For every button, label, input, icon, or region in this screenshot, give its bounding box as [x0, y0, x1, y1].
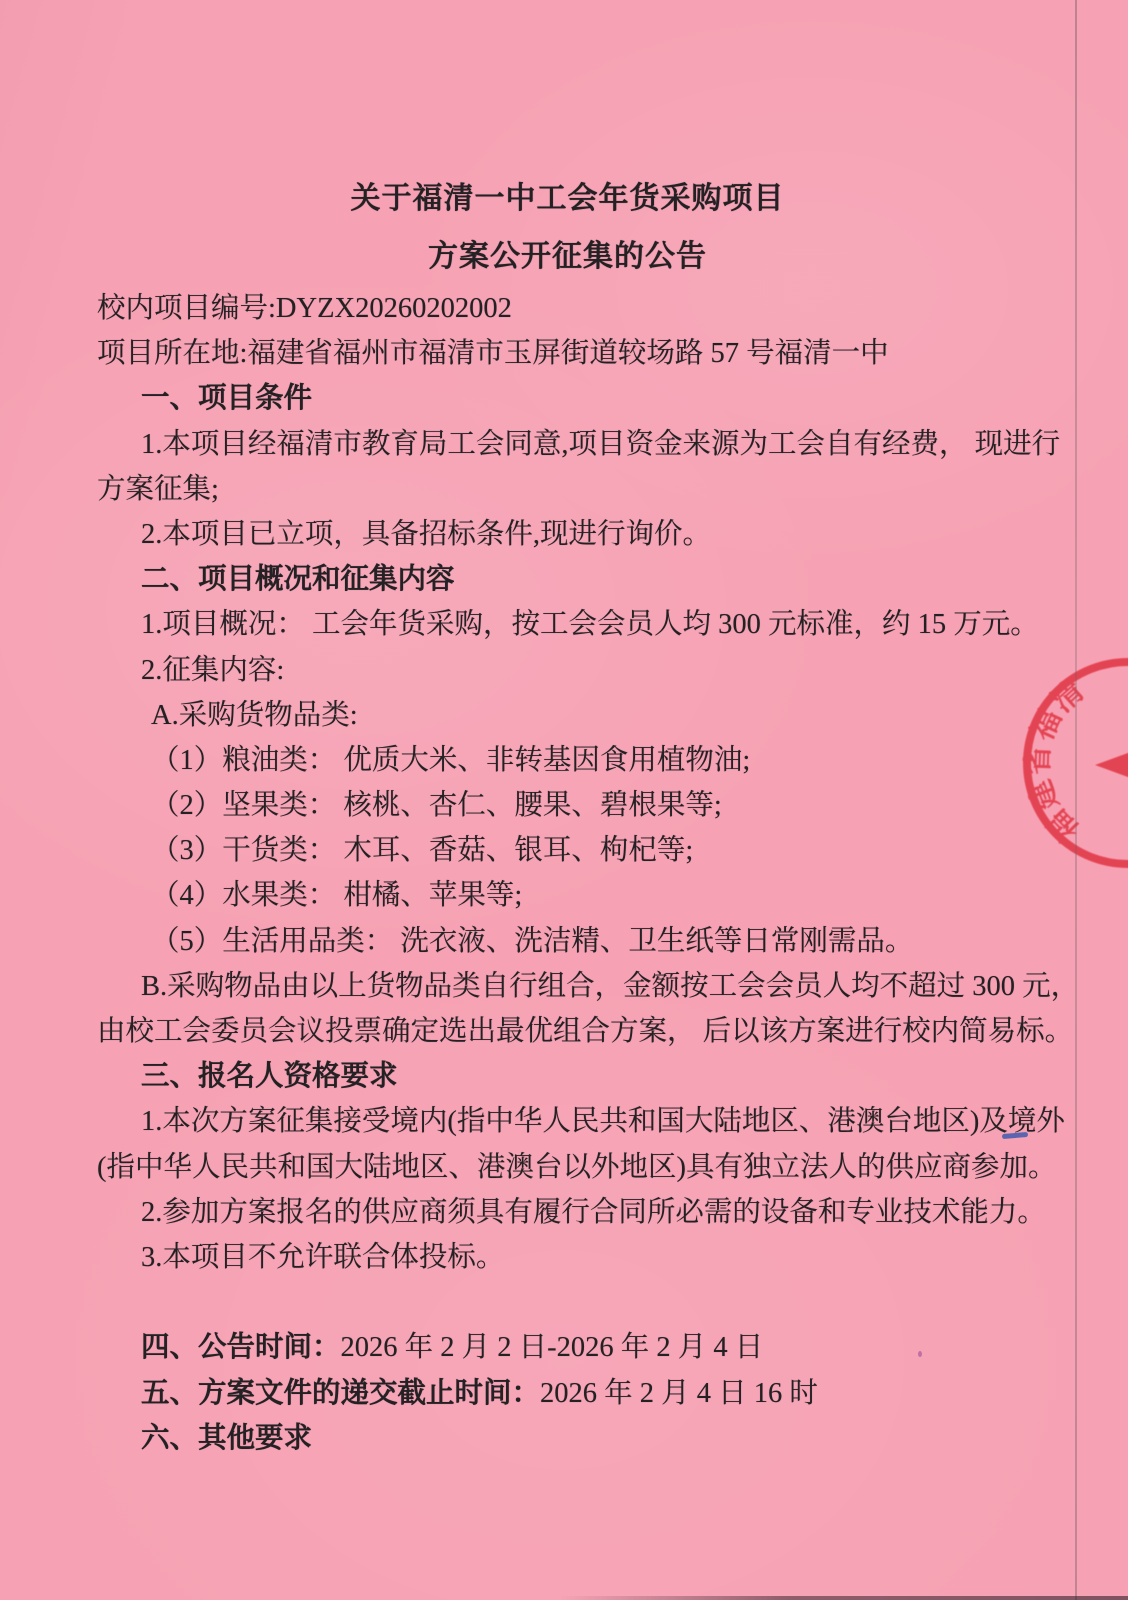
document-line: 方案征集;	[97, 467, 1038, 512]
document-text-segment: （2）坚果类： 核桃、杏仁、腰果、碧根果等;	[151, 790, 722, 821]
stamp-arc-char: 省	[1022, 744, 1056, 775]
document-line: 五、方案文件的递交截止时间：2026 年 2 月 4 日 16 时	[97, 1371, 1038, 1416]
document-text-segment: 由校工会委员会议投票确定选出最优组合方案， 后以该方案进行校内简易标。	[97, 1016, 1073, 1047]
document-text-segment: （5）生活用品类： 洗衣液、洗洁精、卫生纸等日常刚需品。	[151, 926, 913, 957]
document-text-segment: 2.征集内容:	[141, 655, 284, 686]
document-line: 校内项目编号:DYZX20260202002	[97, 286, 1038, 331]
document-line: 1.本项目经福清市教育局工会同意,项目资金来源为工会自有经费， 现进行	[97, 422, 1038, 467]
document-line: （5）生活用品类： 洗衣液、洗洁精、卫生纸等日常刚需品。	[97, 919, 1038, 964]
document-line: 六、其他要求	[97, 1416, 1038, 1461]
document-text-segment: 1.本项目经福清市教育局工会同意,项目资金来源为工会自有经费， 现进行	[141, 429, 1060, 460]
document-line: 1.项目概况： 工会年货采购，按工会会员人均 300 元标准，约 15 万元。	[97, 602, 1038, 647]
document-text-segment: 六、其他要求	[141, 1423, 312, 1454]
document-text-segment: 项目所在地:福建省福州市福清市玉屏街道较场路 57 号福清一中	[97, 338, 889, 369]
document-text-segment: 2.参加方案报名的供应商须具有履行合同所必需的设备和专业技术能力。	[141, 1197, 1046, 1228]
ink-speck	[918, 1351, 922, 1357]
stamp-star-icon	[1095, 710, 1128, 820]
document-text-segment: A.采购货物品类:	[151, 700, 358, 731]
document-title-line-2: 方案公开征集的公告	[97, 228, 1038, 286]
document-text-segment: B.采购物品由以上货物品类自行组合，金额按工会会员人均不超过 300 元，	[141, 971, 1079, 1002]
document-line: 1.本次方案征集接受境内(指中华人民共和国大陆地区、港澳台地区)及境外	[97, 1099, 1038, 1144]
document-line: A.采购货物品类:	[97, 693, 1038, 738]
blank-line	[97, 1280, 1038, 1325]
document-line: （1）粮油类： 优质大米、非转基因食用植物油;	[97, 738, 1038, 783]
document-text-segment: 1.项目概况： 工会年货采购，按工会会员人均 300 元标准，约 15 万元。	[141, 609, 1039, 640]
document-line: 四、公告时间：2026 年 2 月 2 日-2026 年 2 月 4 日	[97, 1325, 1038, 1370]
document-text-segment: 方案征集;	[97, 474, 219, 505]
document-line: 3.本项目不允许联合体投标。	[97, 1235, 1038, 1280]
document-text-segment: 五、方案文件的递交截止时间：	[141, 1378, 540, 1409]
document-line: B.采购物品由以上货物品类自行组合，金额按工会会员人均不超过 300 元，	[97, 964, 1038, 1009]
document-line: (指中华人民共和国大陆地区、港澳台以外地区)具有独立法人的供应商参加。	[97, 1145, 1038, 1190]
document-text-segment: 2.本项目已立项，具备招标条件,现进行询价。	[141, 519, 711, 550]
document-line: 二、项目概况和征集内容	[97, 557, 1038, 602]
document-text-segment: （4）水果类： 柑橘、苹果等;	[151, 880, 522, 911]
document-text-segment: 四、公告时间：	[141, 1332, 341, 1363]
document-line: （3）干货类： 木耳、香菇、银耳、枸杞等;	[97, 828, 1038, 873]
paper-fold-line	[1075, 0, 1077, 1600]
document-text-segment: （1）粮油类： 优质大米、非转基因食用植物油;	[151, 745, 750, 776]
document-line: 2.本项目已立项，具备招标条件,现进行询价。	[97, 512, 1038, 557]
scanned-document-page: 关于福清一中工会年货采购项目 方案公开征集的公告 校内项目编号:DYZX2026…	[0, 0, 1128, 1600]
document-body: 关于福清一中工会年货采购项目 方案公开征集的公告 校内项目编号:DYZX2026…	[0, 0, 1128, 1461]
document-title-line-1: 关于福清一中工会年货采购项目	[97, 170, 1038, 228]
scan-bottom-edge	[560, 1596, 1128, 1600]
document-text-segment: 校内项目编号:DYZX20260202002	[97, 293, 512, 324]
document-text-segment: 3.本项目不允许联合体投标。	[141, 1242, 504, 1273]
official-red-stamp: 福 建 省 福 清	[997, 630, 1128, 900]
document-line: 三、报名人资格要求	[97, 1054, 1038, 1099]
document-line: 2.参加方案报名的供应商须具有履行合同所必需的设备和专业技术能力。	[97, 1190, 1038, 1235]
document-line: 2.征集内容:	[97, 648, 1038, 693]
document-text-segment: 2026 年 2 月 2 日-2026 年 2 月 4 日	[341, 1332, 764, 1363]
document-line: （4）水果类： 柑橘、苹果等;	[97, 873, 1038, 918]
document-text-segment: 三、报名人资格要求	[141, 1061, 398, 1092]
document-line: 由校工会委员会议投票确定选出最优组合方案， 后以该方案进行校内简易标。	[97, 1009, 1038, 1054]
document-text-segment: （3）干货类： 木耳、香菇、银耳、枸杞等;	[151, 835, 693, 866]
document-text-segment: 一、项目条件	[141, 383, 312, 414]
document-text-segment: 二、项目概况和征集内容	[141, 564, 455, 595]
document-line: （2）坚果类： 核桃、杏仁、腰果、碧根果等;	[97, 783, 1038, 828]
document-line: 项目所在地:福建省福州市福清市玉屏街道较场路 57 号福清一中	[97, 331, 1038, 376]
document-line: 一、项目条件	[97, 376, 1038, 421]
document-text-segment: 2026 年 2 月 4 日 16 时	[540, 1378, 818, 1409]
document-text-segment: (指中华人民共和国大陆地区、港澳台以外地区)具有独立法人的供应商参加。	[97, 1152, 1056, 1183]
document-text-segment: 1.本次方案征集接受境内(指中华人民共和国大陆地区、港澳台地区)及境外	[141, 1106, 1065, 1137]
